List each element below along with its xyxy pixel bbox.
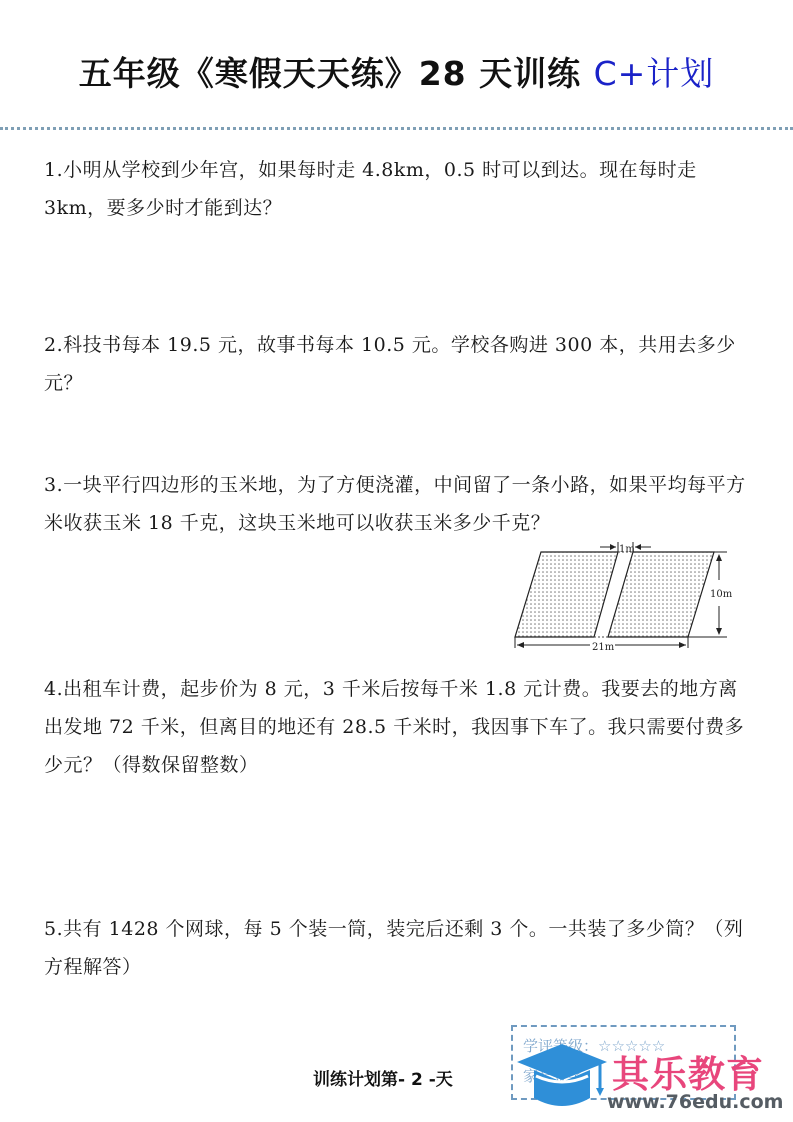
brand-watermark: 其乐教育 [612,1044,764,1098]
title-accent: C+计划 [594,54,715,93]
height-label: 10m [710,589,733,600]
page-footer-label: 训练计划第- 2 -天 [313,1065,453,1090]
question-1: 1.小明从学校到少年宫，如果每时走 4.8km，0.5 时可以到达。现在每时走 … [44,151,756,227]
question-3: 3.一块平行四边形的玉米地，为了方便浇灌，中间留了一条小路，如果平均每平方米收获… [44,466,756,542]
base-label: 21m [592,642,615,653]
title-main: 五年级《寒假天天练》28 天训练 [79,54,594,93]
graduation-cap-icon [512,1032,612,1112]
parallelogram-field-diagram: 1m 10m 21m [505,538,740,658]
page-title: 五年级《寒假天天练》28 天训练 C+计划 [0,48,793,95]
dotted-divider [0,127,793,130]
question-2: 2.科技书每本 19.5 元，故事书每本 10.5 元。学校各购进 300 本，… [44,326,756,402]
path-width-label: 1m [619,544,635,555]
brand-url: www.76edu.com [607,1091,783,1113]
question-4: 4.出租车计费，起步价为 8 元，3 千米后按每千米 1.8 元计费。我要去的地… [44,670,756,784]
question-5: 5.共有 1428 个网球，每 5 个装一筒，装完后还剩 3 个。一共装了多少筒… [44,910,756,986]
